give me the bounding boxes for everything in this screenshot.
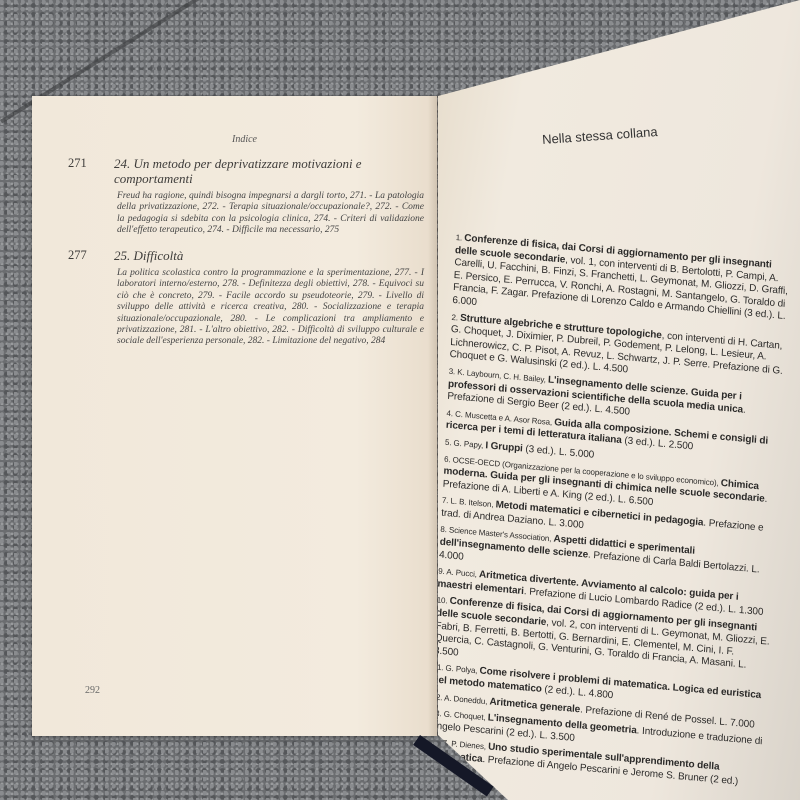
item-author: L. B. Itelson, xyxy=(450,497,496,510)
item-number: 10. xyxy=(438,596,450,606)
item-number: 14. xyxy=(438,738,442,748)
index-entry: 271 24. Un metodo per deprivatizzare mot… xyxy=(114,156,424,237)
running-head: Indice xyxy=(232,134,257,145)
item-author: A. Doneddu, xyxy=(444,693,490,706)
entry-title: 25. Difficoltà xyxy=(114,248,424,263)
item-author: G. Papy, xyxy=(453,438,485,450)
index-entry: 277 25. Difficoltà La politica scolastic… xyxy=(114,248,424,348)
right-page: Nella stessa collana 1. Conferenze di fi… xyxy=(438,0,800,800)
series-list: 1. Conferenze di fisica, dai Corsi di ag… xyxy=(438,232,791,795)
entry-page-number: 277 xyxy=(68,248,87,263)
item-title: I Gruppi xyxy=(485,440,523,454)
entry-description: La politica scolastica contro la program… xyxy=(114,268,424,348)
item-details: (3 ed.). L. 5.000 xyxy=(522,443,594,460)
item-author: Z. P. Dienes, xyxy=(442,739,488,752)
entry-title: 24. Un metodo per deprivatizzare motivaz… xyxy=(114,156,424,186)
item-author: G. Choquet, xyxy=(443,710,488,723)
item-title: Aritmetica generale xyxy=(489,696,580,715)
item-author: A. Pucci, xyxy=(446,568,479,580)
entry-page-number: 271 xyxy=(68,156,87,171)
item-author: G. Polya, xyxy=(445,664,480,676)
page-number: 292 xyxy=(85,685,100,696)
left-page: Indice 271 24. Un metodo per deprivatizz… xyxy=(32,96,437,736)
entry-description: Freud ha ragione, quindi bisogna impegna… xyxy=(114,191,424,237)
